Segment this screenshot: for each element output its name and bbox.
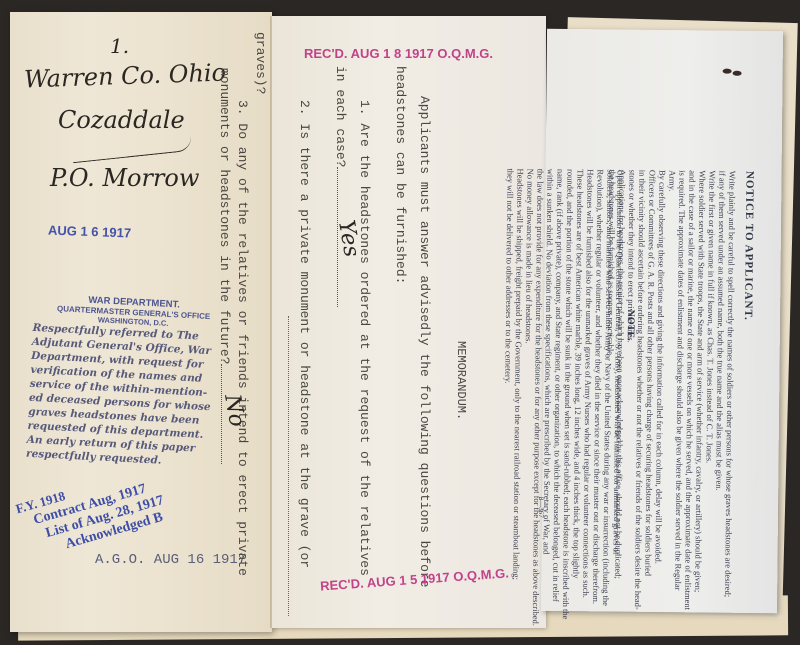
question-1-line2: in each case? bbox=[333, 66, 348, 307]
note-title: NOTE. bbox=[625, 310, 636, 341]
question-1-line1: 1. Are the headstones ordered at the req… bbox=[357, 100, 372, 576]
war-department-stamp: WAR DEPARTMENT. QUARTERMASTER GENERAL'S … bbox=[26, 292, 235, 471]
intro-line-2: headstones can be furnished: bbox=[393, 66, 408, 284]
underline-flourish bbox=[72, 136, 193, 163]
contract-stamp: F.Y. 1918 Contract Aug, 1917 List of Aug… bbox=[14, 462, 170, 563]
notice-sheet: NOTICE TO APPLICANT. Write plainly and b… bbox=[541, 29, 783, 613]
handwritten-county: Warren Co. Ohio bbox=[24, 58, 227, 93]
answer-3: No bbox=[219, 392, 249, 428]
note-text: Upon application to the Quartermaster Ge… bbox=[501, 168, 626, 626]
stamp-body: Respectfully referred to TheAdjutant Gen… bbox=[26, 321, 233, 471]
handwritten-number: 1. bbox=[110, 34, 129, 58]
date-stamp: AUG 1 6 1917 bbox=[48, 223, 132, 241]
punch-hole bbox=[723, 69, 732, 74]
memorandum-title: MEMORANDUM. bbox=[454, 341, 468, 420]
form-number: 8—367 bbox=[536, 497, 546, 518]
document-photo: 1. Warren Co. Ohio Cozaddale P.O. Morrow… bbox=[0, 0, 800, 645]
question-3b-cont: graves)? bbox=[253, 32, 268, 94]
notice-title: NOTICE TO APPLICANT. bbox=[742, 171, 756, 321]
answer-line bbox=[288, 316, 289, 616]
handwritten-signature: P.O. Morrow bbox=[50, 164, 199, 192]
question-2-line1: 2. Is there a private monument or headst… bbox=[297, 100, 312, 568]
handwritten-town: Cozaddale bbox=[58, 106, 185, 134]
received-stamp-top: REC'D. AUG 1 8 1917 O.Q.M.G. bbox=[304, 46, 493, 61]
question-3-line1: 3. Do any of the relatives or friends in… bbox=[235, 100, 250, 576]
ago-stamp: A.G.O. AUG 16 1917 bbox=[95, 552, 246, 568]
punch-hole bbox=[733, 71, 742, 76]
intro-line-1: Applicants must answer advisedly the fol… bbox=[417, 96, 432, 587]
left-sheet: 1. Warren Co. Ohio Cozaddale P.O. Morrow… bbox=[10, 12, 272, 632]
received-stamp-bottom: REC'D. AUG 1 5 1917 O.Q.M.G. bbox=[320, 565, 510, 593]
